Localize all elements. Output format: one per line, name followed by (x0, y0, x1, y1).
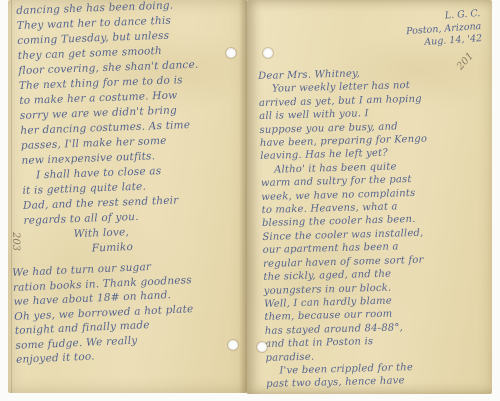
letter-scan: dancing she has been doing.They want her… (0, 0, 500, 401)
punch-hole (228, 340, 238, 350)
page-number-203: 203 (10, 232, 21, 251)
right-page-handwritten-text: Dear Mrs. Whitney, Your weekly letter ha… (258, 66, 434, 392)
punch-hole (226, 48, 236, 58)
left-page-handwritten-text: dancing she has been doing.They want her… (16, 0, 205, 259)
punch-hole (257, 342, 267, 352)
punch-hole (263, 48, 273, 58)
left-page-postscript-text: We had to turn our sugarration books in.… (12, 258, 196, 367)
